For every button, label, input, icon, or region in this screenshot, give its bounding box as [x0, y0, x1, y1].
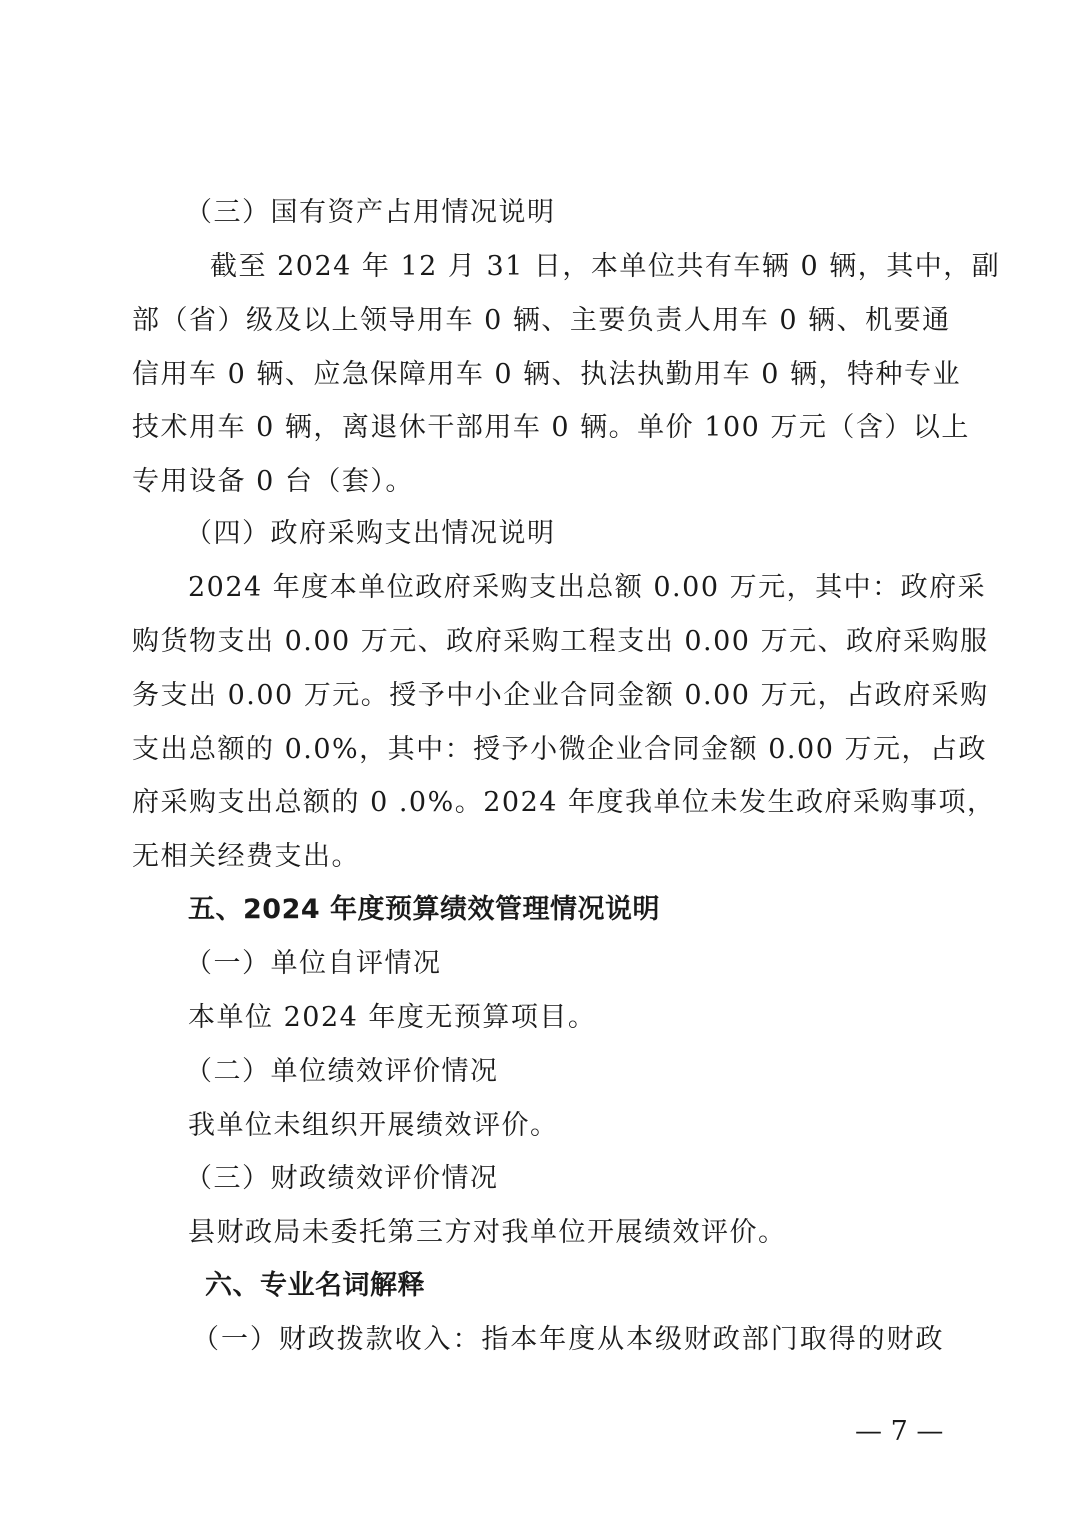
paragraph-line: 截至 2024 年 12 月 31 日，本单位共有车辆 0 辆，其中，副 [210, 250, 944, 284]
paragraph-line: 我单位未组织开展绩效评价。 [188, 1109, 559, 1143]
paragraph-line: 本单位 2024 年度无预算项目。 [188, 1001, 596, 1035]
subsection-heading-finance-eval: （三）财政绩效评价情况 [185, 1162, 499, 1196]
section-heading-procurement: （四）政府采购支出情况说明 [185, 517, 556, 551]
paragraph-line: 县财政局未委托第三方对我单位开展绩效评价。 [188, 1216, 787, 1250]
paragraph-line: 专用设备 0 台（套）。 [132, 465, 414, 499]
section-heading-performance: 五、2024 年度预算绩效管理情况说明 [188, 893, 660, 927]
paragraph-line: 无相关经费支出。 [132, 840, 360, 874]
document-page: （三）国有资产占用情况说明 截至 2024 年 12 月 31 日，本单位共有车… [0, 0, 1075, 1520]
section-heading-glossary: 六、专业名词解释 [205, 1269, 425, 1303]
paragraph-line: 信用车 0 辆、应急保障用车 0 辆、执法执勤用车 0 辆，特种专业 [132, 358, 944, 392]
section-heading-assets: （三）国有资产占用情况说明 [185, 196, 556, 230]
paragraph-line: 部（省）级及以上领导用车 0 辆、主要负责人用车 0 辆、机要通 [132, 304, 944, 338]
paragraph-line: 府采购支出总额的 0 .0%。2024 年度我单位未发生政府采购事项， [132, 786, 944, 820]
subsection-heading-unit-eval: （二）单位绩效评价情况 [185, 1055, 499, 1089]
paragraph-line: 支出总额的 0.0%，其中：授予小微企业合同金额 0.00 万元，占政 [132, 733, 944, 767]
paragraph-line: 购货物支出 0.00 万元、政府采购工程支出 0.00 万元、政府采购服 [132, 625, 944, 659]
page-number: — 7 — [855, 1415, 943, 1449]
paragraph-line: 技术用车 0 辆，离退休干部用车 0 辆。单价 100 万元（含）以上 [132, 411, 944, 445]
paragraph-line: 2024 年度本单位政府采购支出总额 0.00 万元，其中：政府采 [188, 571, 944, 605]
paragraph-line: 务支出 0.00 万元。授予中小企业合同金额 0.00 万元，占政府采购 [132, 679, 944, 713]
paragraph-line: （一）财政拨款收入：指本年度从本级财政部门取得的财政 [192, 1323, 944, 1357]
subsection-heading-self-eval: （一）单位自评情况 [185, 947, 442, 981]
